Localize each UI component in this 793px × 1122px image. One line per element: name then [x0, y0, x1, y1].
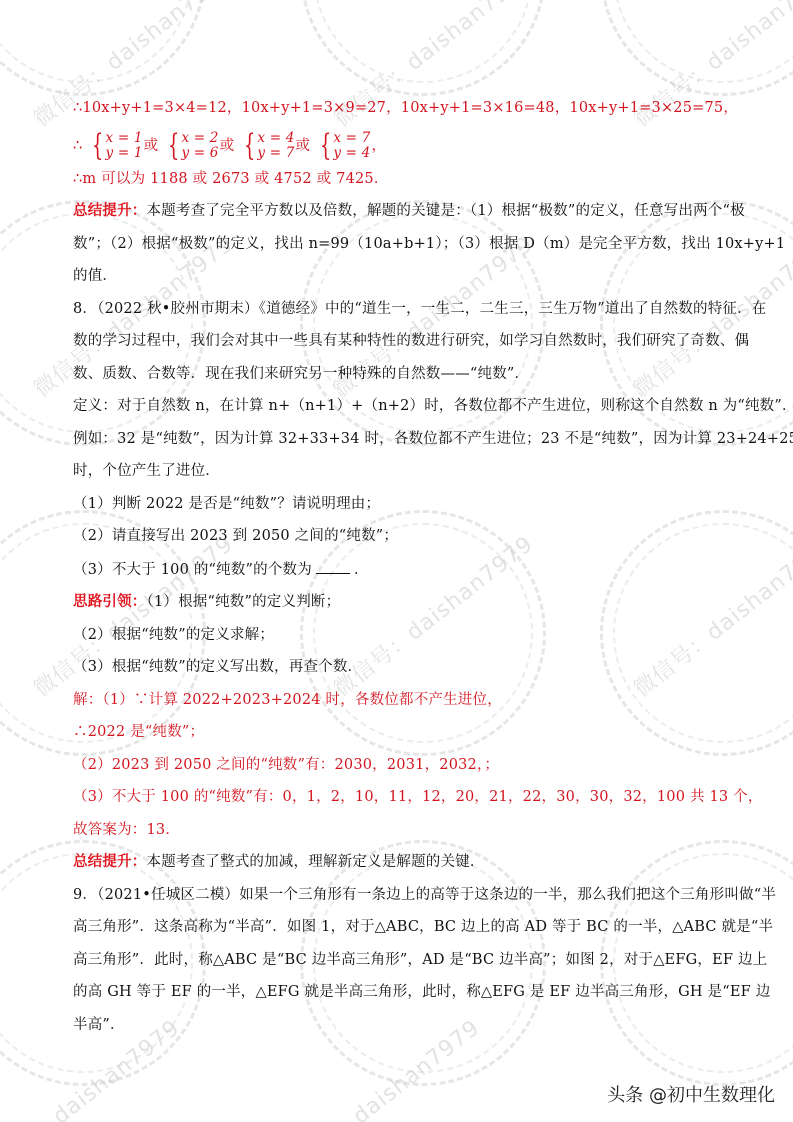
question-9-stem: 高三角形”．这条高称为“半高”．如图 1，对于△ABC，BC 边上的高 AD 等…: [73, 917, 723, 938]
brace-glyph: {: [320, 131, 332, 161]
solution-line: ∴m 可以为 1188 或 2673 或 4752 或 7425．: [73, 169, 723, 190]
answer-blank: [316, 559, 350, 574]
sub-question-1: （1）判断 2022 是否是“纯数”？请说明理由；: [73, 494, 723, 515]
hint-paragraph: 思路引领：（1）根据“纯数”的定义判断；: [73, 592, 723, 613]
sub-question-3: （3）不大于 100 的“纯数”的个数为．: [73, 559, 723, 581]
definition-line: 时，个位产生了进位．: [73, 461, 723, 482]
watermark-stamp: [300, 0, 546, 96]
equation-system: { x = 4y = 7: [240, 131, 294, 161]
question-9-stem: 的高 GH 等于 EF 的一半，△EFG 就是半高三角形，此时，称△EFG 是 …: [73, 982, 723, 1003]
summary-label: 总结提升：: [73, 854, 147, 870]
equation-system: { x = 7y = 4: [316, 131, 370, 161]
hint-line: （2）根据“纯数”的定义求解；: [73, 625, 723, 646]
summary-paragraph: 总结提升：本题考查了整式的加减，理解新定义是解题的关键．: [73, 852, 723, 873]
source-attribution: 头条 @初中生数理化: [607, 1081, 775, 1107]
brace-glyph: {: [92, 131, 104, 161]
summary-line: 的值．: [73, 266, 723, 287]
hint-line: （3）根据“纯数”的定义写出数，再查个数．: [73, 657, 723, 678]
equation-system: { x = 1y = 1: [88, 131, 142, 161]
equation-system: { x = 2y = 6: [164, 131, 218, 161]
definition-line: 例如：32 是“纯数”，因为计算 32+33+34 时，各数位都不产生进位；23…: [73, 429, 723, 450]
question-8-stem: 数的学习过程中，我们会对其中一些具有某种特性的数进行研究，如学习自然数时，我们研…: [73, 331, 723, 352]
solution-line: 解：（1）∵计算 2022+2023+2024 时，各数位都不产生进位，: [73, 690, 723, 711]
solution-line: 故答案为：13．: [73, 820, 723, 841]
question-8-stem: 数、质数、合数等．现在我们来研究另一种特殊的自然数——“纯数”．: [73, 364, 723, 385]
hint-label: 思路引领：: [73, 594, 147, 610]
question-9-stem: 高三角形”．此时，称△ABC 是“BC 边半高三角形”，AD 是“BC 边半高”…: [73, 950, 723, 971]
watermark-stamp: [600, 0, 793, 96]
sub-question-2: （2）请直接写出 2023 到 2050 之间的“纯数”；: [73, 526, 723, 547]
solution-line: ∴2022 是“纯数”；: [73, 722, 723, 743]
definition-line: 定义：对于自然数 n，在计算 n+（n+1）+（n+2）时，各数位都不产生进位，…: [73, 396, 723, 417]
summary-paragraph: 总结提升：本题考查了完全平方数以及倍数，解题的关键是：（1）根据“极数”的定义，…: [73, 201, 723, 222]
brace-glyph: {: [244, 131, 256, 161]
solution-line: ∴10x+y+1=3×4=12，10x+y+1=3×9=27，10x+y+1=3…: [73, 98, 723, 119]
question-9-stem: 9．（2021•任城区二模）如果一个三角形有一条边上的高等于这条边的一半，那么我…: [73, 885, 723, 906]
question-8-stem: 8．（2022 秋•胶州市期末）《道德经》中的“道生一，一生二，二生三，三生万物…: [73, 299, 723, 320]
summary-line: 数”；（2）根据“极数”的定义，找出 n=99（10a+b+1）；（3）根据 D…: [73, 234, 723, 255]
summary-label: 总结提升：: [73, 203, 147, 219]
question-9-stem: 半高”．: [73, 1015, 723, 1036]
solution-line: （3）不大于 100 的“纯数”有：0，1，2，10，11，12，20，21，2…: [73, 787, 723, 808]
watermark-stamp: [0, 0, 206, 96]
equation-systems-line: ∴ { x = 1y = 1 或 { x = 2y = 6 或 { x = 4y…: [73, 131, 723, 161]
solution-line: （2）2023 到 2050 之间的“纯数”有：2030，2031，2032，；: [73, 755, 723, 776]
document-body: ∴10x+y+1=3×4=12，10x+y+1=3×9=27，10x+y+1=3…: [73, 98, 723, 1047]
brace-glyph: {: [168, 131, 180, 161]
